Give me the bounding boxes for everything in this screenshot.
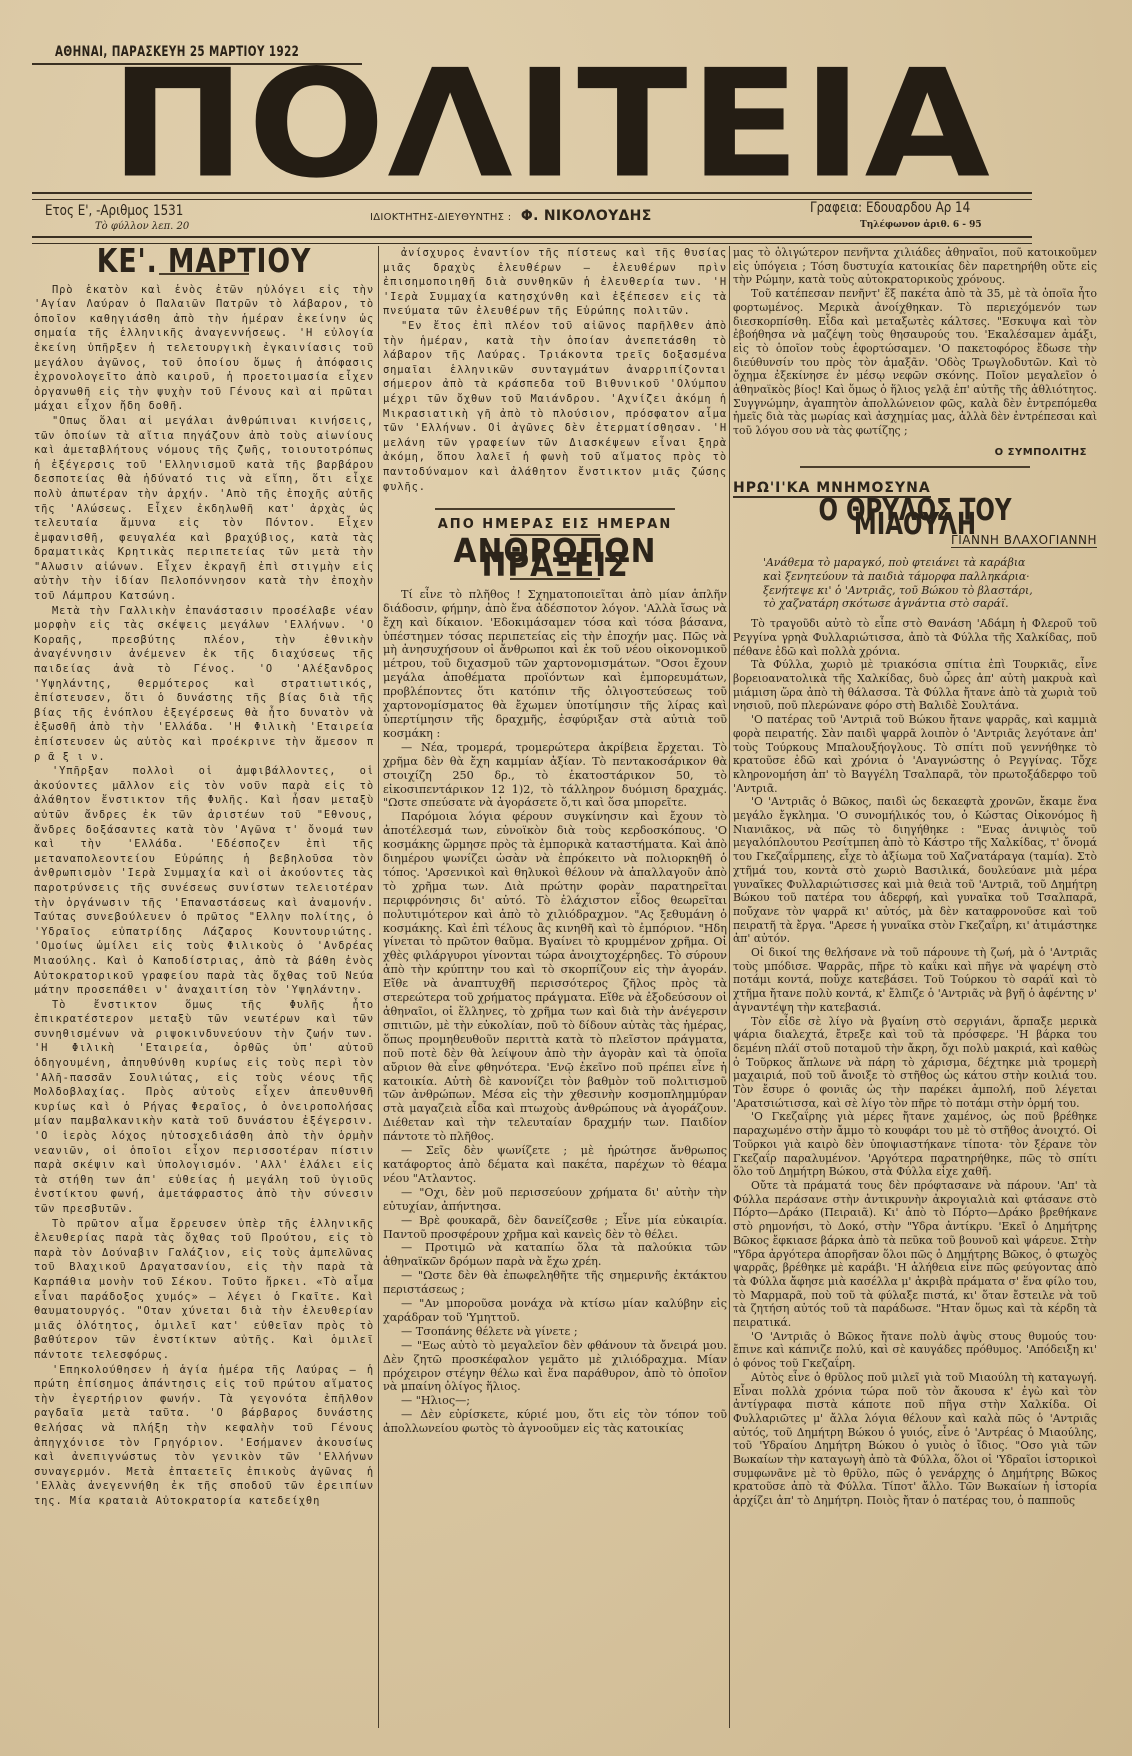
title-letter: Ο — [248, 50, 386, 199]
title-letter: Α — [865, 50, 990, 199]
verse-line: 'Ανάθεμα τὸ μαραγκό, ποὺ φτειάνει τὰ καρ… — [763, 556, 1097, 570]
dialogue-line: — "Οχι, δὲν μοῦ περισσεύουν χρήματα δι' … — [383, 1186, 727, 1214]
verse-stanza: 'Ανάθεμα τὸ μαραγκό, ποὺ φτειάνει τὰ καρ… — [763, 556, 1097, 611]
article-paragraph: Μετὰ τὴν Γαλλικὴν ἐπανάστασιν προσέλαβε … — [34, 604, 374, 765]
article-paragraph: "Οπως ὅλαι αἱ μεγάλαι ἀνθρώπιναι κινήσει… — [34, 414, 374, 604]
dialogue-line: — Δὲν εὑρίσκετε, κύριέ μου, ὅτι εἰς τὸν … — [383, 1408, 727, 1436]
article-paragraph: Τὸν εἶδε σὲ λίγο νὰ βγαίνη στὸ σεργιάνι,… — [733, 1015, 1097, 1111]
owner-name: Φ. ΝΙΚΟΛΟΥΔΗΣ — [521, 208, 652, 224]
article-paragraph: Τοῦ κατέπεσαν πενῆντ' ἕξ πακέτα ἀπὸ τὰ 3… — [733, 287, 1097, 438]
article-paragraph: 'Ο Γκεζαΐρης γιὰ μέρες ἤτανε χαμένος, ὡς… — [733, 1110, 1097, 1179]
dialogue-line: — "Αν μποροῦσα μονάχα νὰ κτίσω μίαν καλύ… — [383, 1297, 727, 1325]
article-paragraph: Τὸ τραγοῦδι αὐτὸ τὸ εἶπε στὸ Θανάση 'Αδά… — [733, 617, 1097, 658]
dialogue-line: — "Εως αὐτὸ τὸ μεγαλεῖον δὲν φθάνουν τὰ … — [383, 1339, 727, 1395]
article-continuation: ἀνίσχυρος ἐναντίον τῆς πίστεως καὶ τῆς θ… — [383, 246, 727, 494]
article-paragraph: "Εν ἔτος ἐπὶ πλέον τοῦ αἰῶνος παρῆλθεν ἀ… — [383, 319, 727, 494]
owner-label: ΙΔΙΟΚΤΗΤΗΣ-ΔΙΕΥΘΥΝΤΗΣ : — [370, 212, 511, 223]
issue-price: Τὸ φύλλον λεπ. 20 — [95, 221, 189, 232]
article-title: Ο ΘΡΥΛΟΣ ΤΟΥ ΜΙΑΟΥΛΗ — [760, 504, 1069, 531]
article-paragraph: 'Ο 'Αντριᾶς ὁ Βῶκος, παιδὶ ὡς δεκαεφτὰ χ… — [733, 795, 1097, 946]
column-rule — [378, 246, 379, 1728]
column-rule — [729, 246, 730, 1728]
title-letter: Τ — [577, 50, 688, 199]
article-paragraph: Τὰ Φύλλα, χωριὸ μὲ τριακόσια σπίτια ἐπὶ … — [733, 658, 1097, 713]
article-paragraph: Αὐτὸς εἶνε ὁ θρῦλος ποῦ μιλεῖ γιὰ τοῦ Μι… — [733, 1371, 1097, 1508]
dialogue-line: — Τσοπάνης θέλετε νὰ γίνετε ; — [383, 1325, 727, 1339]
title-letter: Λ — [387, 50, 512, 199]
office-address: Γραφεια: Εδουαρδου Αρ 14 — [810, 200, 970, 216]
article-paragraph: — Νέα, τρομερά, τρομερώτερα ἀκρίβεια ἔρχ… — [383, 741, 727, 811]
author-signature: Ο ΣΥΜΠΟΛΙΤΗΣ — [733, 446, 1087, 460]
article-paragraph: μας τὸ ὀλιγώτερον πενῆντα χιλιάδες ἀθηνα… — [733, 246, 1097, 287]
article-paragraph: ἀνίσχυρος ἐναντίον τῆς πίστεως καὶ τῆς θ… — [383, 246, 727, 319]
article-paragraph: 'Ο 'Αντριᾶς ὁ Βῶκος ἤτανε πολὺ ἀψὺς στου… — [733, 1330, 1097, 1371]
article-paragraph: 'Ο πατέρας τοῦ 'Αντριᾶ τοῦ Βώκου ἤτανε ψ… — [733, 713, 1097, 795]
owner-line: ΙΔΙΟΚΤΗΤΗΣ-ΔΙΕΥΘΥΝΤΗΣ : Φ. ΝΙΚΟΛΟΥΔΗΣ — [370, 208, 652, 224]
column-2: ἀνίσχυρος ἐναντίον τῆς πίστεως καὶ τῆς θ… — [383, 246, 727, 1436]
title-letter: Π — [110, 50, 246, 199]
title-letter: Ι — [515, 50, 575, 199]
dialogue-line: — "Ηλιος—; — [383, 1394, 727, 1408]
title-letter: Ε — [690, 50, 801, 199]
article-title: ΚΕ'. ΜΑΡΤΙΟΥ — [51, 254, 357, 269]
column-kicker: ΑΠΟ ΗΜΕΡΑΣ ΕΙΣ ΗΜΕΡΑΝ — [383, 518, 727, 532]
masthead-rule-top — [32, 192, 1032, 200]
column-3: μας τὸ ὀλιγώτερον πενῆντα χιλιάδες ἀθηνα… — [733, 246, 1097, 1508]
article-title: ΑΝΘΡΩΠΩΝ ΠΡΑΞΕΙΣ — [383, 544, 727, 572]
dialogue-line: — Προτιμῶ νὰ καταπίω ὅλα τὰ παλούκια τῶν… — [383, 1241, 727, 1269]
article-paragraph: Οἱ δικοί της θελήσανε νὰ τοῦ πάρουνε τὴ … — [733, 946, 1097, 1015]
article-paragraph: Τὸ ἔνστικτον ὅμως τῆς Φυλῆς ἦτο ἐπικρατέ… — [34, 998, 374, 1217]
title-letter: Ι — [802, 50, 862, 199]
dialogue-line: — Σεῖς δὲν ψωνίζετε ; μὲ ἠρώτησε ἄνθρωπο… — [383, 1144, 727, 1186]
article-paragraph: 'Υπῆρξαν πολλοὶ οἱ ἀμφιβάλλοντες, οἱ ἀκο… — [34, 764, 374, 998]
article-paragraph: Πρὸ ἑκατὸν καὶ ἑνὸς ἐτῶν ηὐλόγει εἰς τὴν… — [34, 283, 374, 414]
column-1: ΚΕ'. ΜΑΡΤΙΟΥ Πρὸ ἑκατὸν καὶ ἑνὸς ἐτῶν ηὐ… — [34, 246, 374, 1508]
newspaper-title: Π Ο Λ Ι Τ Ε Ι Α — [110, 67, 990, 182]
dialogue-line: — "Ωστε δὲν θὰ ἐπωφεληθῆτε τῆς σημερινῆς… — [383, 1269, 727, 1297]
article-paragraph: 'Επηκολούθησεν ἡ ἁγία ἡμέρα τῆς Λαύρας —… — [34, 1363, 374, 1509]
article-paragraph: Τὸ πρῶτον αἷμα ἔρρευσεν ὑπὲρ τῆς ἑλληνικ… — [34, 1217, 374, 1363]
verse-line: καὶ ξενητεύουν τὰ παιδιὰ τάμορφα παλληκά… — [763, 570, 1097, 584]
verse-line: τὸ χαζνατάρη σκότωσε ἀγνάντια στὸ σαράϊ. — [763, 597, 1097, 611]
article-paragraph: Παρόμοια λόγια φέρουν συγκίνησιν καὶ ἔχο… — [383, 810, 727, 1144]
issue-number: Ετος Ε', -Αριθμος 1531 — [45, 203, 183, 219]
phone-number: Τηλέφωνον ἀριθ. 6 - 95 — [860, 220, 982, 230]
dialogue-line: — Βρὲ φουκαρᾶ, δὲν δανείζεσθε ; Εἶνε μία… — [383, 1214, 727, 1242]
article-paragraph: Οὔτε τὰ πράματά τους δὲν πρόφτασανε νὰ π… — [733, 1179, 1097, 1330]
section-rule — [800, 466, 1030, 468]
verse-line: ξενήτεψε κι' ὁ 'Αντριᾶς, τοῦ Βώκου τὸ βλ… — [763, 584, 1097, 598]
section-rule — [435, 508, 675, 510]
article-paragraph: Τί εἶνε τὸ πλῆθος ! Σχηματοποιεῖται ἀπὸ … — [383, 588, 727, 741]
